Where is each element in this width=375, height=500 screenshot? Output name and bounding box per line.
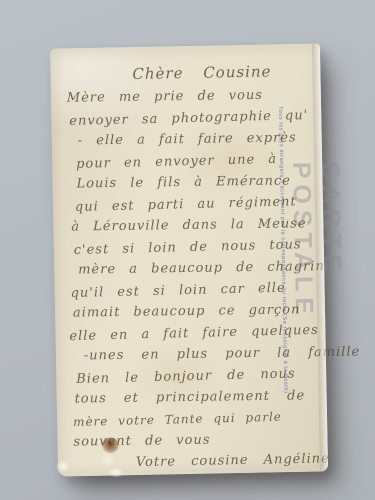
handwritten-letter: Chère Cousine Mère me prie de vous envoy… bbox=[66, 58, 324, 475]
letter-greeting: Chère Cousine bbox=[132, 58, 316, 88]
corner-chip bbox=[56, 460, 70, 472]
postcard: CARTE POSTALE Tous les pays étrangers n'… bbox=[50, 43, 328, 476]
paper-chip bbox=[108, 467, 124, 477]
photo-background: CARTE POSTALE Tous les pays étrangers n'… bbox=[0, 0, 375, 500]
